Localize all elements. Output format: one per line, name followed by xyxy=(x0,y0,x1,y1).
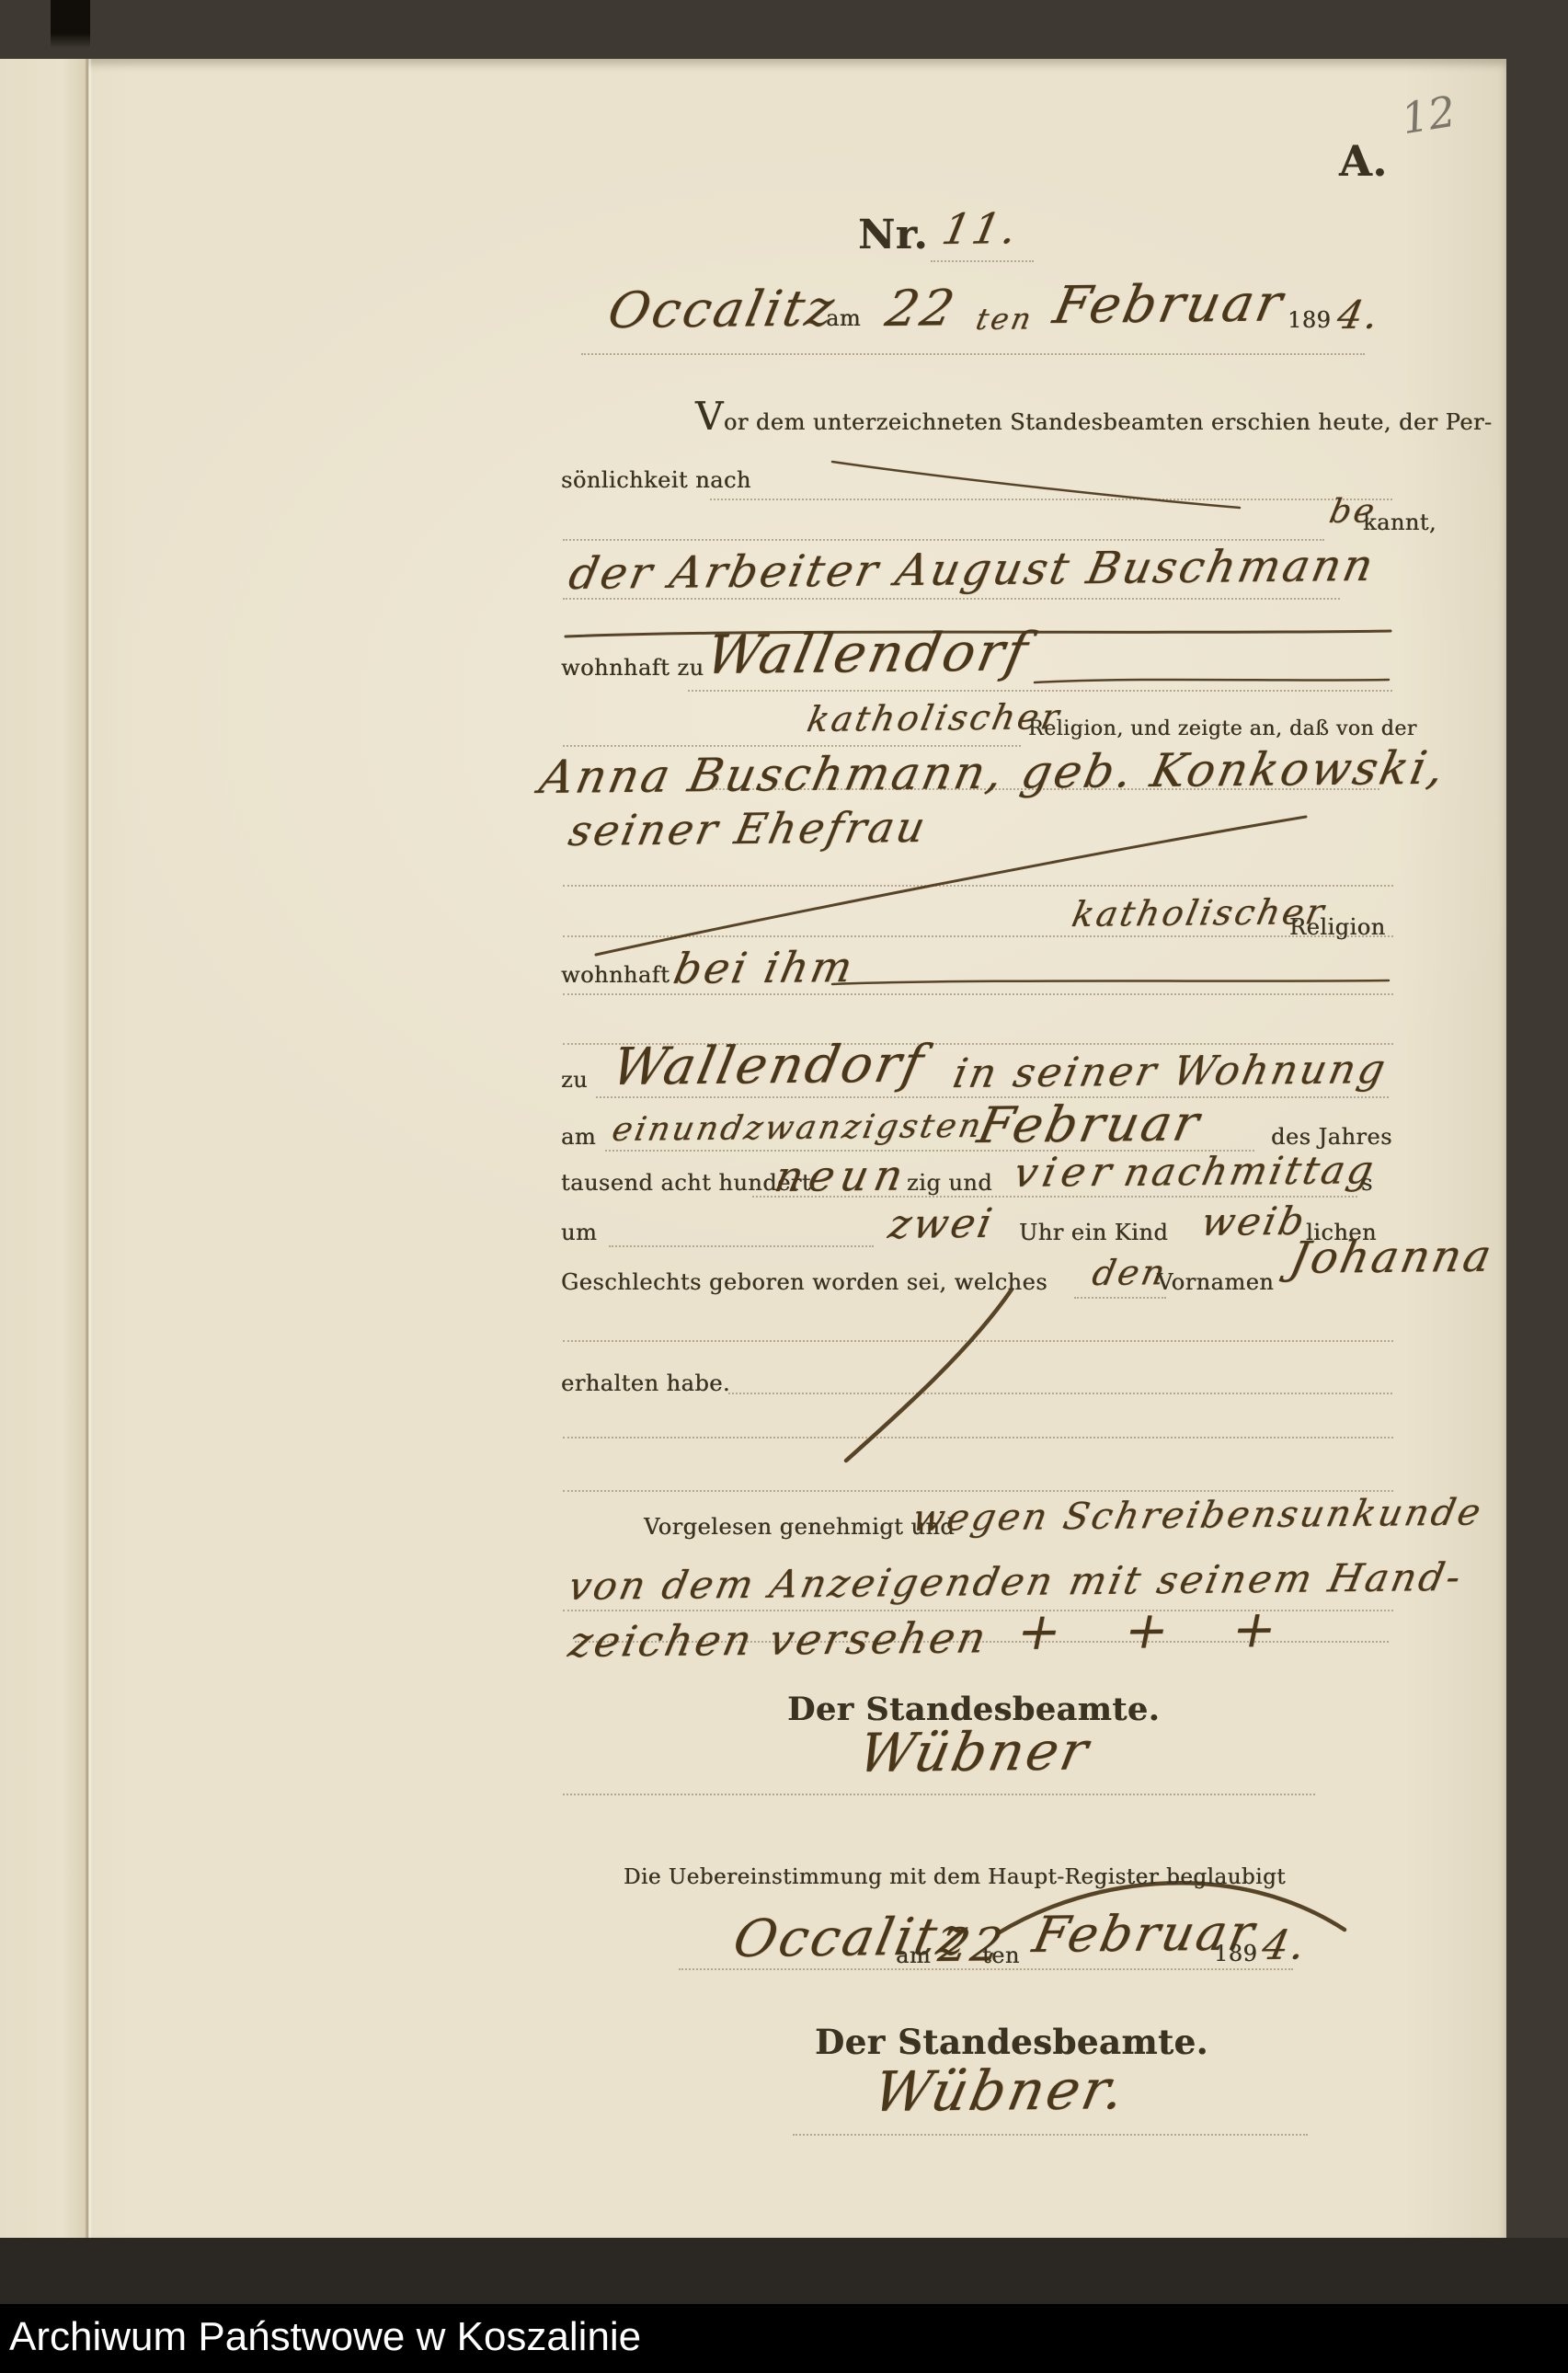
entry-mother-name: Anna Buschmann, geb. Konkowski, xyxy=(535,741,1451,804)
form-text-erhalten: erhalten habe. xyxy=(561,1370,730,1396)
form-ruled-line xyxy=(1074,1297,1166,1299)
form-ruled-line xyxy=(581,353,1365,355)
certification-day-suffix: ten xyxy=(982,1943,1020,1968)
entry-declarant: der Arbeiter August Buschmann xyxy=(565,540,1380,600)
entry-von-dem: von dem Anzeigenden mit seinem Hand- xyxy=(565,1554,1467,1609)
form-text-des-jahres: des Jahres xyxy=(1271,1124,1392,1150)
scan-canvas: A. 12 Nr. 11. Occalitz am 22 ten Februar… xyxy=(0,0,1568,2373)
form-text-geschlechts: Geschlechts geboren worden sei, welches xyxy=(561,1269,1047,1295)
registrar-signature-2: Wübner. xyxy=(868,2058,1132,2125)
archive-caption-bar: Archiwum Państwowe w Koszalinie xyxy=(0,2304,1568,2373)
binding-seam xyxy=(85,59,92,2238)
entry-bei-ihm: bei ihm xyxy=(670,942,859,993)
backdrop-top xyxy=(0,0,1568,59)
entry-in-wohnung: in seiner Wohnung xyxy=(949,1046,1391,1097)
form-text-s: s xyxy=(1361,1170,1373,1196)
entry-mother-relation: seiner Ehefrau xyxy=(565,802,932,855)
form-text-religion: Religion, und zeigte an, daß von der xyxy=(1028,717,1417,740)
certification-year-printed: 189 xyxy=(1214,1941,1257,1966)
entry-birth-day: einundzwanzigsten xyxy=(609,1107,987,1149)
registrar-label-2: Der Standesbeamte. xyxy=(815,2022,1208,2062)
form-ruled-line xyxy=(563,1794,1315,1795)
form-text-bekannt: kannt, xyxy=(1363,510,1436,535)
pencil-page-number: 12 xyxy=(1398,86,1459,143)
record-number-label: Nr. xyxy=(858,212,928,258)
form-text-um: um xyxy=(561,1220,597,1245)
entry-vier: vier xyxy=(1010,1149,1121,1197)
backdrop-bottom xyxy=(0,2238,1568,2304)
form-ruled-line xyxy=(728,1393,1392,1394)
handmark-crosses: + + + xyxy=(1012,1599,1285,1662)
archive-name: Archiwum Państwowe w Koszalinie xyxy=(9,2304,641,2370)
form-ruled-line xyxy=(710,499,1392,500)
form-ruled-line xyxy=(563,935,1393,937)
dateline-place: Occalitz xyxy=(603,279,841,339)
dateline-day-suffix: ten xyxy=(973,301,1036,337)
form-ruled-line xyxy=(688,690,1392,692)
dateline-am: am xyxy=(826,305,861,331)
form-ruled-line xyxy=(563,539,1324,541)
form-ruled-line xyxy=(793,2134,1308,2136)
entry-wegen: wegen Schreibensunkunde xyxy=(909,1492,1487,1540)
certification-line: Die Uebereinstimmung mit dem Haupt-Regis… xyxy=(624,1865,1286,1889)
entry-birthplace: Wallendorf xyxy=(607,1034,931,1097)
certification-am: am xyxy=(896,1943,931,1968)
dateline-month: Februar xyxy=(1048,273,1289,336)
form-text-wohnhaft-zu: wohnhaft zu xyxy=(561,655,704,681)
form-ruled-line xyxy=(563,1437,1393,1439)
form-text-uhr-kind: Uhr ein Kind xyxy=(1019,1220,1168,1245)
entry-child-name: Johanna xyxy=(1286,1231,1498,1284)
entry-zwei: zwei xyxy=(885,1200,999,1248)
form-text-vornamen: Vornamen xyxy=(1157,1269,1274,1295)
form-text-line2: sönlichkeit nach xyxy=(561,467,751,493)
form-ruled-line xyxy=(563,993,1393,995)
form-text-line1: Vor dem unterzeichneten Standesbeamten e… xyxy=(695,401,1493,435)
entry-religion: katholischer xyxy=(804,696,1065,739)
registrar-signature-1: Wübner xyxy=(853,1719,1095,1784)
entry-weib: weib xyxy=(1197,1198,1310,1244)
entry-residence: Wallendorf xyxy=(701,620,1036,686)
form-text-zu: zu xyxy=(561,1067,588,1093)
entry-zeichen: zeichen versehen xyxy=(565,1612,992,1667)
form-text-vorgelesen: Vorgelesen genehmigt und xyxy=(644,1514,955,1540)
form-ruled-line xyxy=(609,1245,874,1247)
record-number-value: 11. xyxy=(938,203,1024,254)
corner-letter-stamp: A. xyxy=(1339,136,1388,186)
entry-birth-month: Februar xyxy=(973,1094,1207,1154)
form-ruled-line xyxy=(563,885,1393,887)
form-ruled-line xyxy=(931,260,1034,262)
form-text-zig-und: zig und xyxy=(907,1170,992,1196)
binding-slot xyxy=(51,0,90,48)
form-text-wohnhaft: wohnhaft xyxy=(561,962,670,988)
form-ruled-line xyxy=(563,1340,1393,1342)
dateline-day: 22 xyxy=(881,279,962,338)
backdrop-right xyxy=(1506,0,1568,2304)
entry-neun: neun xyxy=(771,1150,913,1201)
dateline-year-printed: 189 xyxy=(1288,307,1331,333)
previous-page-edge xyxy=(0,59,88,2238)
form-text-mother-religion: Religion xyxy=(1289,914,1386,940)
form-text-am: am xyxy=(561,1124,596,1150)
entry-nachmittag: nachmittag xyxy=(1120,1147,1379,1195)
form-ruled-line xyxy=(563,1490,1393,1492)
